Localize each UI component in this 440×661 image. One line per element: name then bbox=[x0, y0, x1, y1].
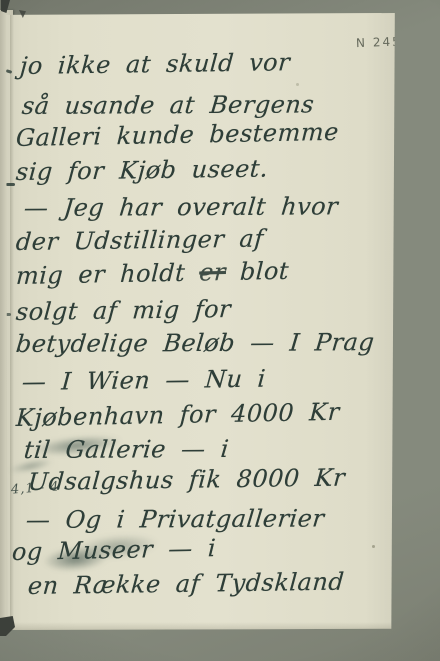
manuscript-line: solgt af mig for bbox=[15, 294, 232, 327]
ink-offset-mark bbox=[6, 183, 15, 186]
struck-word: er bbox=[199, 258, 227, 287]
manuscript-line: — Jeg har overalt hvor bbox=[23, 191, 340, 223]
manuscript-line: — I Wien — Nu i bbox=[21, 364, 267, 397]
manuscript-line: der Udstillinger af bbox=[15, 224, 265, 257]
manuscript-line: til Gallerie — i bbox=[23, 434, 231, 465]
manuscript-line: betydelige Beløb — I Prag bbox=[15, 327, 376, 359]
manuscript-line: mig er holdterblot bbox=[15, 256, 290, 291]
backing-notch bbox=[0, 616, 15, 636]
archive-number: N 245 ~ bbox=[356, 33, 420, 51]
ink-offset-mark bbox=[6, 69, 13, 74]
paper-speck bbox=[296, 83, 299, 86]
pencil-flourish: ~ bbox=[407, 33, 419, 49]
line-text: mig er holdt bbox=[15, 259, 186, 290]
manuscript-line: og Museer — i bbox=[11, 533, 217, 567]
paper-speck bbox=[372, 545, 375, 548]
line-text: blot bbox=[239, 257, 290, 286]
manuscript-line: så usande at Bergens bbox=[21, 89, 316, 121]
manuscript-line: — Og i Privatgallerier bbox=[25, 503, 326, 535]
photographed-manuscript: N 245 ~ jo ikke at skuld vor så usande a… bbox=[0, 0, 440, 661]
manuscript-line: Udsalgshus fik 8000 Kr bbox=[27, 463, 346, 497]
manuscript-page: N 245 ~ jo ikke at skuld vor så usande a… bbox=[6, 13, 396, 630]
manuscript-line: en Række af Tydskland bbox=[27, 567, 345, 601]
archive-number-text: N 245 bbox=[356, 35, 402, 51]
manuscript-line: Kjøbenhavn for 4000 Kr bbox=[15, 397, 340, 433]
manuscript-line: Galleri kunde bestemme bbox=[15, 117, 339, 153]
manuscript-line: jo ikke at skuld vor bbox=[19, 47, 291, 81]
manuscript-line: sig for Kjøb useet. bbox=[15, 153, 269, 187]
